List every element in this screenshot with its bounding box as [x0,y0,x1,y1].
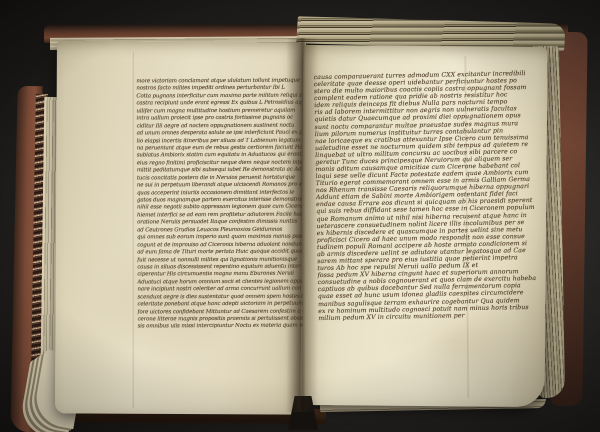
left-page-text-block: more victoriam conclamant atque ululatum… [136,78,302,335]
manuscript-text-line: ad eum fama de Tituri morte perlata Huic… [137,249,302,257]
manuscript-photograph: more victoriam conclamant atque ululatum… [0,0,600,432]
right-page-text-block: causa comparauerant turres admodum CXX e… [314,70,537,324]
manuscript-text-line: sis omnibus uiis missi intercipiuntur No… [138,323,303,331]
left-page-crease [131,52,134,408]
